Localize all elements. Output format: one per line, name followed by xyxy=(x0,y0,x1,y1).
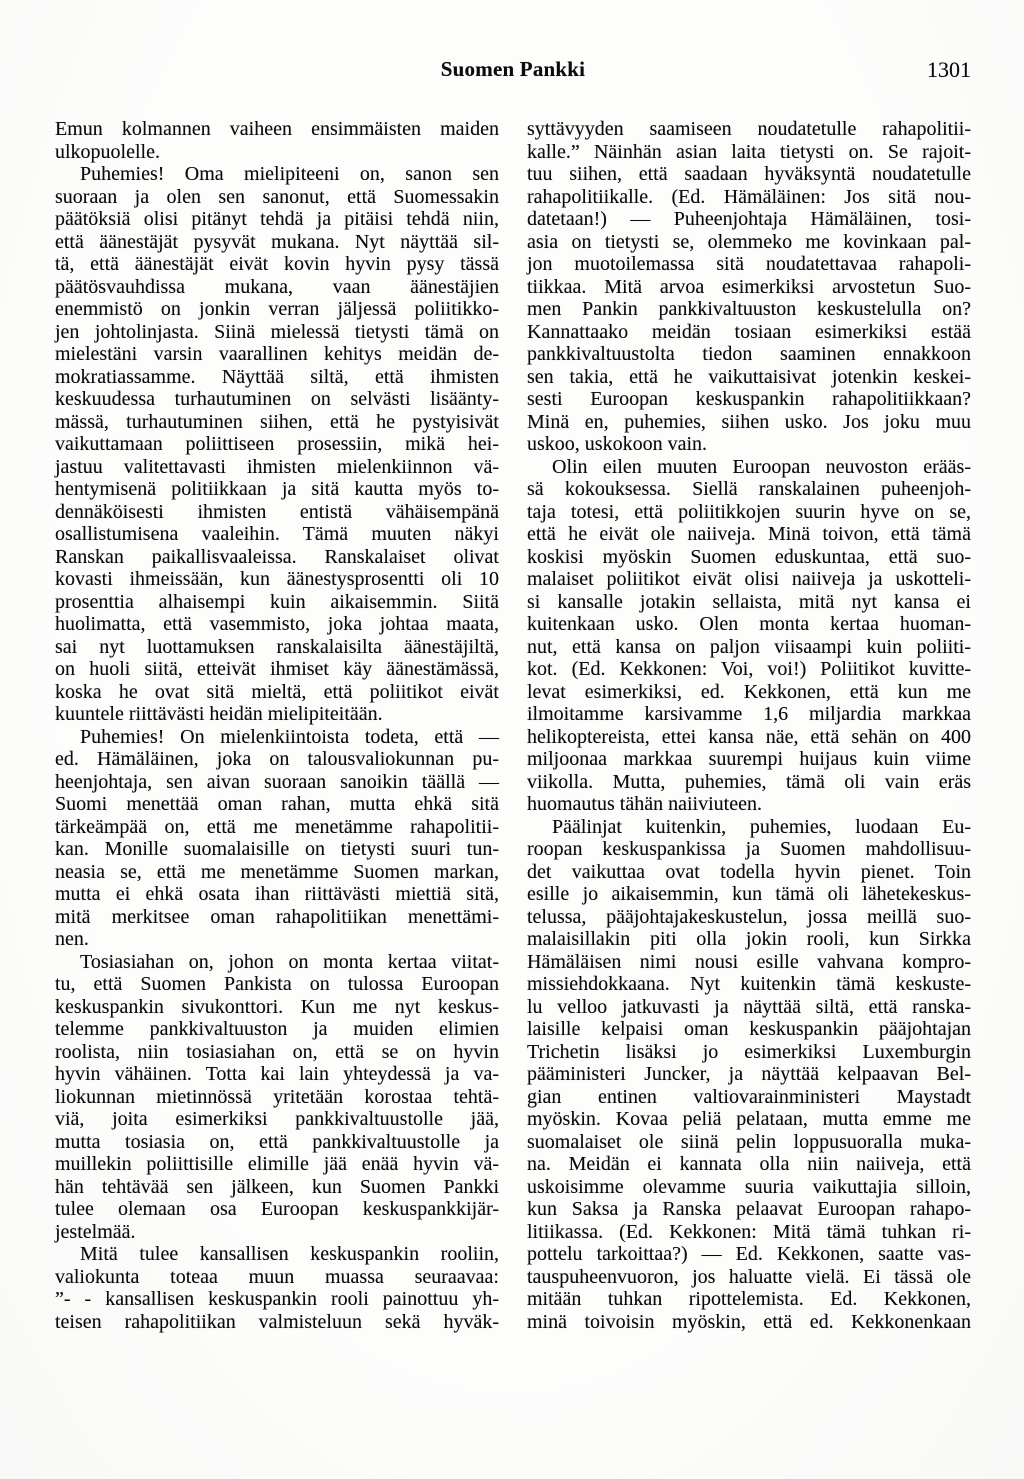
text-line: pääministeri Juncker, ja näyttää kelpaav… xyxy=(527,1063,971,1086)
scanned-document-page: Suomen Pankki 1301 Emun kolmannen vaihee… xyxy=(0,0,1024,1479)
text-line: hentymisenä politiikkaan ja sitä kautta … xyxy=(55,478,499,501)
text-line: keskuspankin sivukonttori. Kun me nyt ke… xyxy=(55,996,499,1019)
text-line: tä, että äänestäjät eivät kovin hyvin py… xyxy=(55,253,499,276)
text-line: liokunnan mietinnössä yritetään korostaa… xyxy=(55,1086,499,1109)
text-line: sai nyt luottamuksen ranskalaisilta ääne… xyxy=(55,636,499,659)
text-line: gian entinen valtiovarainministeri Mayst… xyxy=(527,1086,971,1109)
text-line: sä kokouksessa. Siellä ranskalainen puhe… xyxy=(527,478,971,501)
text-line: Puhemies! Oma mielipiteeni on, sanon sen xyxy=(55,163,499,186)
text-line: mutta ei ehkä osata ihan riittävästi mie… xyxy=(55,883,499,906)
text-line: esille jo aikaisemmin, kun tämä oli lähe… xyxy=(527,883,971,906)
text-line: na. Meidän ei kannata olla niin naiiveja… xyxy=(527,1153,971,1176)
text-line: osallistumisena vaaleihin. Tämä muuten n… xyxy=(55,523,499,546)
text-line: enemmistö on jonkin verran jäljessä poli… xyxy=(55,298,499,321)
text-line: asia on tietysti se, olemmeko me kovinka… xyxy=(527,231,971,254)
text-line: mokratiassamme. Näyttää siltä, että ihmi… xyxy=(55,366,499,389)
text-line: uskoisimme olevamme suuria vaikuttajia s… xyxy=(527,1176,971,1199)
text-line: kalle.” Näinhän asian laita tietysti on.… xyxy=(527,141,971,164)
text-line: ed. Hämäläinen, joka on talousvaliokunna… xyxy=(55,748,499,771)
text-line: roolista, niin tosiasiahan on, että se o… xyxy=(55,1041,499,1064)
text-line: koskisi myöskin Suomen eduskuntaa, että … xyxy=(527,546,971,569)
text-line: kun Saksa ja Ranska pelaavat Euroopan ra… xyxy=(527,1198,971,1221)
text-line: Ranskan paikallisvaaleissa. Ranskalaiset… xyxy=(55,546,499,569)
text-line: malaisillakin piti olla jokin rooli, kun… xyxy=(527,928,971,951)
text-line: Emun kolmannen vaiheen ensimmäisten maid… xyxy=(55,118,499,141)
text-line: jen johtolinjasta. Siinä mielessä tietys… xyxy=(55,321,499,344)
text-line: huolimatta, että vasemmisto, joka johtaa… xyxy=(55,613,499,636)
text-columns: Emun kolmannen vaiheen ensimmäisten maid… xyxy=(55,118,971,1333)
text-line: jestelmää. xyxy=(55,1221,499,1244)
text-line: mitä merkitsee oman rahapolitiikan menet… xyxy=(55,906,499,929)
text-line: tauspuheenvuoron, jos haluatte vielä. Ei… xyxy=(527,1266,971,1289)
text-line: missiehdokkaana. Nyt kuitenkin tämä kesk… xyxy=(527,973,971,996)
text-line: tuu siihen, että saadaan hyväksyntä noud… xyxy=(527,163,971,186)
text-line: hyvin vähäinen. Totta kai lain yhteydess… xyxy=(55,1063,499,1086)
text-line: kovasti ihmeissään, kun äänestysprosentt… xyxy=(55,568,499,591)
text-line: koska he ovat sitä mieltä, että poliitik… xyxy=(55,681,499,704)
text-line: taja totesi, että poliitikkojen suurin h… xyxy=(527,501,971,524)
text-line: tu, että Suomen Pankista on tulossa Euro… xyxy=(55,973,499,996)
text-line: suomalaiset ole siinä pelin loppusuorall… xyxy=(527,1131,971,1154)
paragraph: Puhemies! On mielenkiintoista todeta, et… xyxy=(55,726,499,951)
text-line: pottelu tarkoittaa?) — Ed. Kekkonen, saa… xyxy=(527,1243,971,1266)
text-line: neasia se, että me menetämme Suomen mark… xyxy=(55,861,499,884)
text-line: telemme pankkivaltuuston ja muiden elimi… xyxy=(55,1018,499,1041)
paragraph: Emun kolmannen vaiheen ensimmäisten maid… xyxy=(55,118,499,163)
text-line: rahapolitiikalle. (Ed. Hämäläinen: Jos s… xyxy=(527,186,971,209)
text-line: prosenttia alhaisempi kuin aikaisemmin. … xyxy=(55,591,499,614)
paragraph: Mitä tulee kansallisen keskuspankin rool… xyxy=(55,1243,499,1333)
text-line: men Pankin pankkivaltuuston keskustelull… xyxy=(527,298,971,321)
text-line: helikoptereista, ettei kansa näe, että s… xyxy=(527,726,971,749)
text-line: tulee olemaan osa Euroopan keskuspankkij… xyxy=(55,1198,499,1221)
running-title: Suomen Pankki xyxy=(55,57,971,82)
text-line: kuitenkaan usko. Olen monta kertaa huoma… xyxy=(527,613,971,636)
text-line: vaikuttamaan poliittiseen prosessiin, mi… xyxy=(55,433,499,456)
text-line: levat esimerkiksi, ed. Kekkonen, että ku… xyxy=(527,681,971,704)
text-line: malaiset poliitikot eivät olisi naiiveja… xyxy=(527,568,971,591)
text-line: si kansalle jotakin sellaista, mitä nyt … xyxy=(527,591,971,614)
text-line: Minä en, puhemies, siihen usko. Jos joku… xyxy=(527,411,971,434)
text-line: ulkopuolelle. xyxy=(55,141,499,164)
text-line: että äänestäjät pysyvät mukana. Nyt näyt… xyxy=(55,231,499,254)
paragraph: Puhemies! Oma mielipiteeni on, sanon sen… xyxy=(55,163,499,726)
paragraph: Tosiasiahan on, johon on monta kertaa vi… xyxy=(55,951,499,1244)
text-line: kot. (Ed. Kekkonen: Voi, voi!) Poliitiko… xyxy=(527,658,971,681)
text-line: myöskin. Kovaa peliä pelataan, mutta emm… xyxy=(527,1108,971,1131)
text-line: nut, että kansa on paljon viisaampi kuin… xyxy=(527,636,971,659)
text-line: muillekin poliittisille elimille jää enä… xyxy=(55,1153,499,1176)
text-line: dennäköisesti ihmisten entistä vähäisemp… xyxy=(55,501,499,524)
text-line: pankkivaltuustolta tiedon saaminen ennak… xyxy=(527,343,971,366)
text-line: että he eivät ole naiiveja. Minä toivon,… xyxy=(527,523,971,546)
text-line: teisen rahapolitiikan valmisteluun sekä … xyxy=(55,1311,499,1334)
text-line: ”- - kansallisen keskuspankin rooli pain… xyxy=(55,1288,499,1311)
text-line: Olin eilen muuten Euroopan neuvoston erä… xyxy=(527,456,971,479)
text-line: telussa, pääjohtajakeskustelun, jossa me… xyxy=(527,906,971,929)
text-line: päätösvauhdissa mukana, vaan äänestäjien xyxy=(55,276,499,299)
text-line: miljoonaa markkaa suurempi huijaus kuin … xyxy=(527,748,971,771)
text-line: sesti Euroopan keskuspankin rahapolitiik… xyxy=(527,388,971,411)
text-line: Päälinjat kuitenkin, puhemies, luodaan E… xyxy=(527,816,971,839)
text-line: roopan keskuspankissa ja Suomen mahdolli… xyxy=(527,838,971,861)
text-line: Suomi menettää oman rahan, mutta ehkä si… xyxy=(55,793,499,816)
text-line: Tosiasiahan on, johon on monta kertaa vi… xyxy=(55,951,499,974)
text-line: sen takia, että he vaikuttaisivat jotenk… xyxy=(527,366,971,389)
text-line: Trichetin lisäksi jo esimerkiksi Luxembu… xyxy=(527,1041,971,1064)
text-line: hän tehtävää sen jälkeen, kun Suomen Pan… xyxy=(55,1176,499,1199)
text-line: tiikkaa. Mitä arvoa esimerkiksi arvostet… xyxy=(527,276,971,299)
text-line: Kannattaako meidän tosiaan esimerkiksi e… xyxy=(527,321,971,344)
left-column: Emun kolmannen vaiheen ensimmäisten maid… xyxy=(55,118,499,1333)
text-line: valiokunta toteaa muun muassa seuraavaa: xyxy=(55,1266,499,1289)
text-line: laisille kelpaisi oman keskuspankin pääj… xyxy=(527,1018,971,1041)
text-line: Mitä tulee kansallisen keskuspankin rool… xyxy=(55,1243,499,1266)
text-line: heenjohtaja, sen aivan suoraan sanoikin … xyxy=(55,771,499,794)
text-line: huomautus tähän naiiviuteen. xyxy=(527,793,971,816)
text-line: det vaikuttaa ovat todella hyvin pienet.… xyxy=(527,861,971,884)
text-line: Hämäläisen nimi nousi esille vahvana kom… xyxy=(527,951,971,974)
text-line: mässä, turhautuminen siihen, että he pys… xyxy=(55,411,499,434)
right-column: syttävyyden saamiseen noudatetulle rahap… xyxy=(527,118,971,1333)
text-line: viikolla. Mutta, puhemies, tämä oli vain… xyxy=(527,771,971,794)
text-line: uskoo, uskokoon vain. xyxy=(527,433,971,456)
text-line: mielestäni varsin vaarallinen kehitys me… xyxy=(55,343,499,366)
text-line: Puhemies! On mielenkiintoista todeta, et… xyxy=(55,726,499,749)
text-line: kuuntele riittävästi heidän mielipiteitä… xyxy=(55,703,499,726)
text-line: mutta tosiasia on, että pankkivaltuustol… xyxy=(55,1131,499,1154)
text-line: päätöksiä olisi pitänyt tehdä ja pitäisi… xyxy=(55,208,499,231)
paragraph: Olin eilen muuten Euroopan neuvoston erä… xyxy=(527,456,971,816)
text-line: mitään tuhkan ripottelemista. Ed. Kekkon… xyxy=(527,1288,971,1311)
page-number: 1301 xyxy=(927,57,971,83)
paragraph: syttävyyden saamiseen noudatetulle rahap… xyxy=(527,118,971,456)
text-line: minä toivoisin myöskin, että ed. Kekkone… xyxy=(527,1311,971,1334)
page-header: Suomen Pankki 1301 xyxy=(55,57,971,87)
text-line: jastuu valitettavasti ihmisten mielenkii… xyxy=(55,456,499,479)
text-line: nen. xyxy=(55,928,499,951)
text-line: ilmoitamme karsivamme 1,6 miljardia mark… xyxy=(527,703,971,726)
text-line: suoraan ja olen sen sanonut, että Suomes… xyxy=(55,186,499,209)
text-line: on huoli siitä, etteivät ihmiset käy ään… xyxy=(55,658,499,681)
text-line: viä, joita esimerkiksi pankkivaltuustoll… xyxy=(55,1108,499,1131)
text-line: syttävyyden saamiseen noudatetulle rahap… xyxy=(527,118,971,141)
text-line: litiikassa. (Ed. Kekkonen: Mitä tämä tuh… xyxy=(527,1221,971,1244)
text-line: keskuudessa turhautuminen on selvästi li… xyxy=(55,388,499,411)
text-line: tärkeämpää on, että me menetämme rahapol… xyxy=(55,816,499,839)
paragraph: Päälinjat kuitenkin, puhemies, luodaan E… xyxy=(527,816,971,1334)
text-line: lu velloo jatkuvasti ja näyttää siltä, e… xyxy=(527,996,971,1019)
text-line: kan. Monille suomalaisille on tietysti s… xyxy=(55,838,499,861)
text-line: datetaan!) — Puheenjohtaja Hämäläinen, t… xyxy=(527,208,971,231)
text-line: jon muotoilemassa sitä noudatettavaa rah… xyxy=(527,253,971,276)
